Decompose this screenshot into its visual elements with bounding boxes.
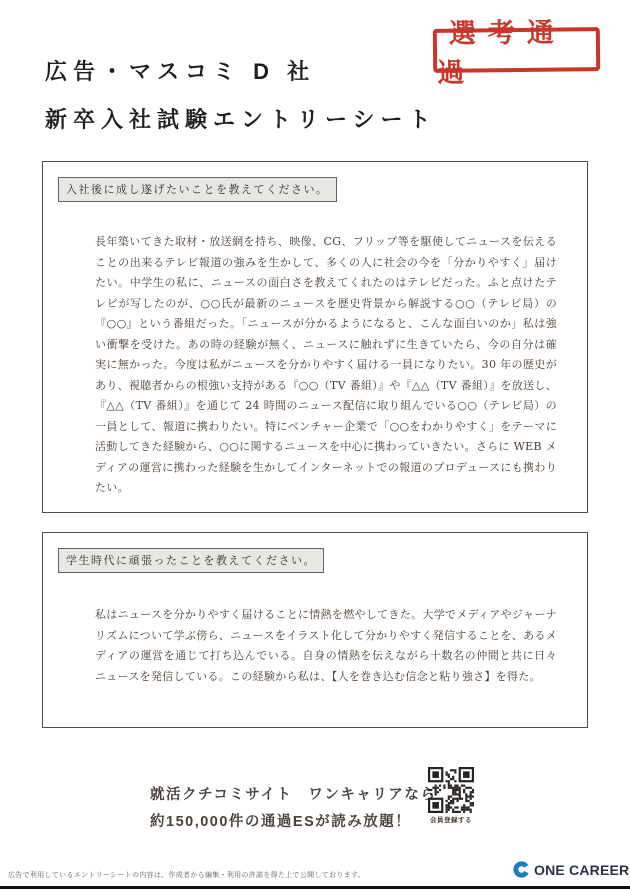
question-box-student-days: 学生時代に頑張ったことを教えてください。 私はニュースを分かりやすく届けることに… bbox=[42, 532, 588, 728]
one-career-logo-text: ONE CAREER bbox=[534, 862, 629, 878]
question-box-after-joining: 入社後に成し遂げたいことを教えてください。 長年築いてきた取材・放送網を持ち、映… bbox=[42, 161, 588, 513]
qr-caption: 会員登録する bbox=[428, 815, 474, 824]
answer-text: 私はニュースを分かりやすく届けることに情熱を燃やしてきた。大学でメディアやジャー… bbox=[95, 605, 557, 687]
promo-banner: 就活クチコミサイト ワンキャリアなら 約150,000件の通過ESが読み放題！ bbox=[150, 782, 436, 836]
promo-line-2: 約150,000件の通過ESが読み放題！ bbox=[150, 809, 436, 836]
selection-passed-stamp-label: 選考通過 bbox=[437, 10, 597, 90]
answer-text: 長年築いてきた取材・放送網を持ち、映像、CG、フリップ等を駆使してニュースを伝え… bbox=[95, 232, 557, 499]
qr-code-icon bbox=[428, 767, 474, 813]
question-label: 入社後に成し遂げたいことを教えてください。 bbox=[58, 177, 337, 202]
member-register-qr-block: 会員登録する bbox=[428, 767, 474, 824]
page-bottom-rule bbox=[0, 886, 630, 889]
one-career-logo: ONE CAREER bbox=[513, 861, 629, 878]
selection-passed-stamp: 選考通過 bbox=[433, 27, 600, 73]
page-title-company: 広告・マスコミ D 社 bbox=[45, 55, 315, 86]
footer-disclaimer: 広告で利用しているエントリーシートの内容は、作成者から編集・利用の許諾を得た上で… bbox=[8, 870, 365, 880]
page-title-sheet: 新卒入社試験エントリーシート bbox=[45, 103, 437, 134]
question-label: 学生時代に頑張ったことを教えてください。 bbox=[58, 548, 324, 573]
promo-line-1: 就活クチコミサイト ワンキャリアなら bbox=[150, 782, 436, 809]
one-career-swirl-icon bbox=[513, 861, 530, 878]
